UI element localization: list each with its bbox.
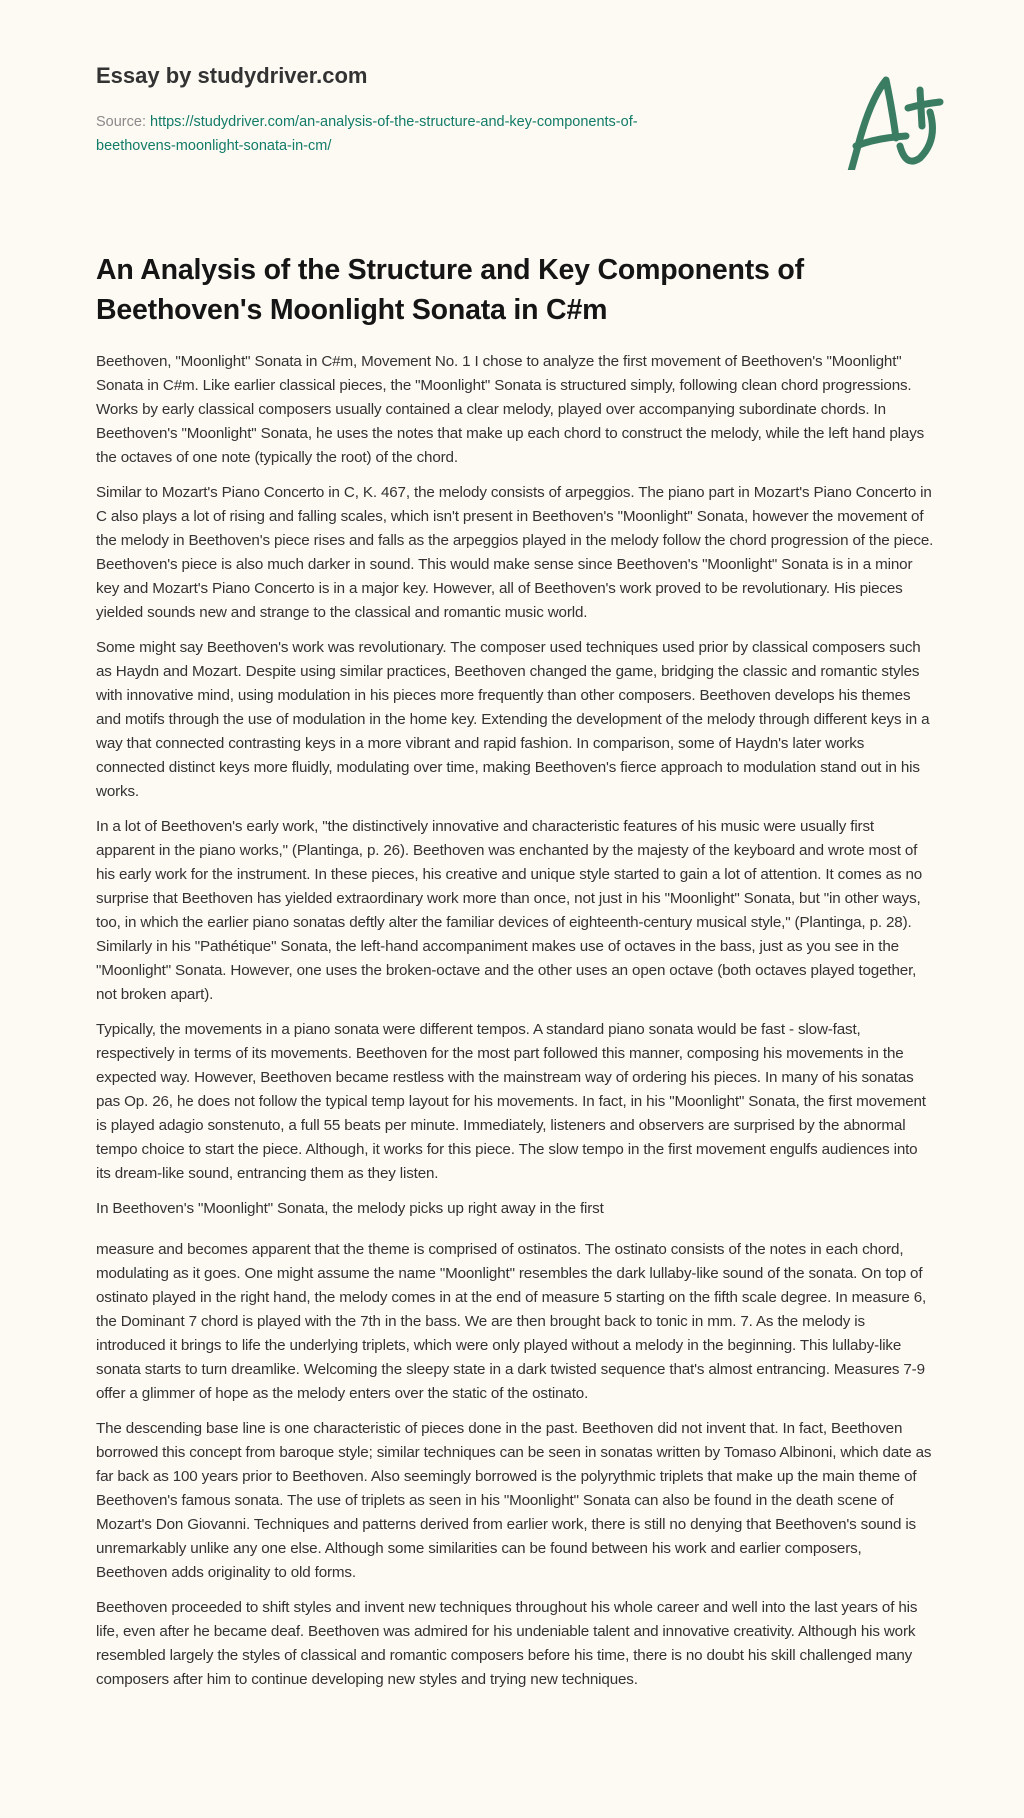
paragraph-1: Beethoven, "Moonlight" Sonata in C#m, Mo… (96, 350, 934, 470)
paragraph-2: Similar to Mozart's Piano Concerto in C,… (96, 481, 934, 625)
paragraph-6-fragment: In Beethoven's "Moonlight" Sonata, the m… (96, 1197, 934, 1221)
paragraph-9: Beethoven proceeded to shift styles and … (96, 1596, 934, 1692)
source-label: Source: (96, 114, 150, 130)
paragraph-8: The descending base line is one characte… (96, 1417, 934, 1585)
page-header: Essay by studydriver.com Source: https:/… (96, 60, 736, 158)
source-link-line2: beethovens-moonlight-sonata-in-cm/ (96, 138, 331, 154)
paragraph-3: Some might say Beethoven's work was revo… (96, 636, 934, 804)
article-title-line2: Beethoven's Moonlight Sonata in C#m (96, 294, 607, 326)
source-link[interactable]: https://studydriver.com/an-analysis-of-t… (96, 114, 638, 154)
source-link-line1: https://studydriver.com/an-analysis-of-t… (150, 114, 638, 130)
essay-article: An Analysis of the Structure and Key Com… (96, 250, 934, 1703)
source-line: Source: https://studydriver.com/an-analy… (96, 110, 736, 158)
a-plus-grade-icon (820, 50, 960, 170)
article-title-line1: An Analysis of the Structure and Key Com… (96, 254, 804, 286)
paragraph-7: measure and becomes apparent that the th… (96, 1238, 934, 1406)
brand-title: Essay by studydriver.com (96, 60, 736, 92)
paragraph-4: In a lot of Beethoven's early work, "the… (96, 815, 934, 1007)
article-title: An Analysis of the Structure and Key Com… (96, 250, 934, 330)
paragraph-5: Typically, the movements in a piano sona… (96, 1018, 934, 1186)
